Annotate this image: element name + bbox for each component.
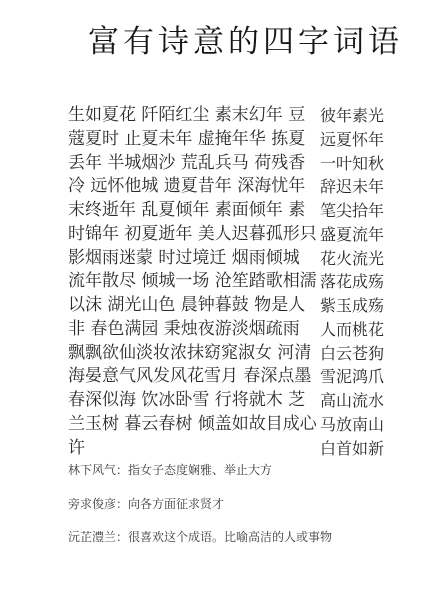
annotation-term: 沅芷澧兰	[68, 530, 116, 544]
annotation-term: 旁求俊彦	[68, 497, 116, 511]
phrase-line: 春深似海 饮冰卧雪 行将就木 芝	[68, 389, 314, 413]
annotation-linxiafengqi: 林下风气：指女子态度娴雅、举止大方	[68, 462, 272, 478]
phrase-item: 落花成殇	[320, 270, 390, 294]
annotation-yuanzhililan: 沅芷澧兰：很喜欢这个成语。比喻高洁的人或事物	[68, 529, 332, 545]
phrase-item: 远夏怀年	[320, 128, 390, 152]
annotation-term: 林下风气	[68, 463, 116, 477]
phrase-line: 时锦年 初夏逝年 美人迟暮孤形只	[68, 223, 314, 247]
phrase-item: 盛夏流年	[320, 223, 390, 247]
phrase-item: 一叶知秋	[320, 152, 390, 176]
phrase-item: 雪泥鸿爪	[320, 365, 390, 389]
phrase-line: 影烟雨迷蒙 时过境迁 烟雨倾城	[68, 247, 314, 271]
phrase-line: 飘飘欲仙淡妆浓抹窈窕淑女 河清	[68, 342, 314, 366]
phrase-line: 生如夏花 阡陌红尘 素末幻年 豆	[68, 104, 314, 128]
phrase-item: 人而桃花	[320, 318, 390, 342]
phrase-line: 海晏意气风发风花雪月 春深点墨	[68, 365, 314, 389]
phrase-list-right-column: 彼年素光 远夏怀年 一叶知秋 辞迟未年 笔尖拾年 盛夏流年 花火流光 落花成殇 …	[320, 104, 390, 460]
annotation-definition: 很喜欢这个成语。比喻高洁的人或事物	[128, 530, 332, 544]
phrase-line: 蔻夏时 止夏未年 虚掩年华 拣夏	[68, 128, 314, 152]
phrase-item: 高山流水	[320, 389, 390, 413]
phrase-item: 笔尖拾年	[320, 199, 390, 223]
phrase-line: 丢年 半城烟沙 荒乱兵马 荷残香	[68, 152, 314, 176]
page-title: 富有诗意的四字词语	[88, 25, 403, 59]
phrase-line: 兰玉树 暮云春树 倾盖如故目成心	[68, 413, 314, 437]
phrase-list-left-column: 生如夏花 阡陌红尘 素末幻年 豆 蔻夏时 止夏未年 虚掩年华 拣夏 丢年 半城烟…	[68, 104, 314, 460]
phrase-item: 彼年素光	[320, 104, 390, 128]
phrase-line: 许	[68, 437, 314, 461]
annotation-separator: ：	[116, 463, 128, 477]
phrase-item: 辞迟未年	[320, 175, 390, 199]
phrase-line: 末终逝年 乱夏倾年 素面倾年 素	[68, 199, 314, 223]
phrase-line: 以沫 湖光山色 晨钟暮鼓 物是人	[68, 294, 314, 318]
annotation-definition: 向各方面征求贤才	[128, 497, 224, 511]
phrase-item: 紫玉成殇	[320, 294, 390, 318]
phrase-item: 花火流光	[320, 247, 390, 271]
annotation-separator: ：	[116, 530, 128, 544]
phrase-line: 冷 远怀他城 遗夏昔年 深海忧年	[68, 175, 314, 199]
phrase-item: 马放南山	[320, 413, 390, 437]
annotation-pangqiujunyan: 旁求俊彦：向各方面征求贤才	[68, 496, 224, 512]
annotation-definition: 指女子态度娴雅、举止大方	[128, 463, 272, 477]
phrase-line: 非 春色满园 秉烛夜游淡烟疏雨	[68, 318, 314, 342]
phrase-item: 白云苍狗	[320, 342, 390, 366]
annotation-separator: ：	[116, 497, 128, 511]
phrase-item: 白首如新	[320, 437, 390, 461]
phrase-line: 流年散尽 倾城一场 沧笙踏歌相濡	[68, 270, 314, 294]
